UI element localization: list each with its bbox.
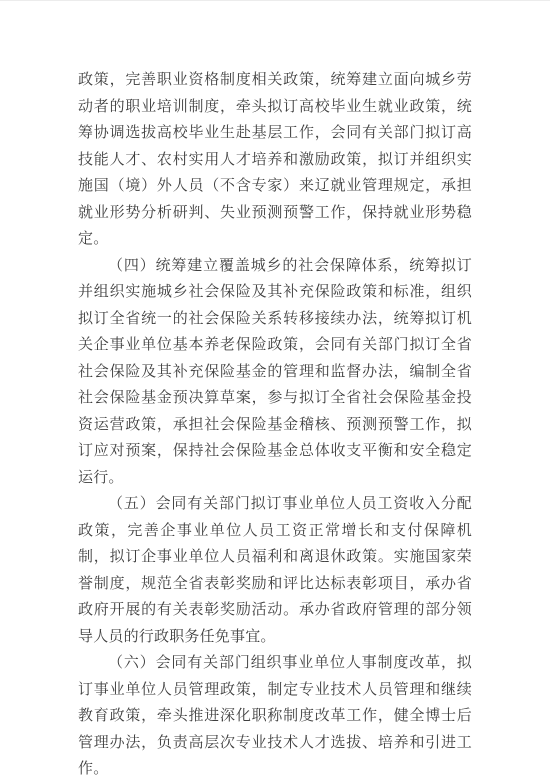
page-number: 7 (267, 714, 273, 726)
paragraph-item-4: （四）统筹建立覆盖城乡的社会保障体系，统筹拟订并组织实施城乡社会保险及其补充保险… (78, 253, 472, 492)
page-footer: 7 (0, 712, 540, 728)
paragraph-item-5: （五）会同有关部门拟订事业单位人员工资收入分配政策，完善企事业单位人员工资正常增… (78, 491, 472, 650)
document-page: 政策，完善职业资格制度相关政策，统筹建立面向城乡劳动者的职业培训制度，牵头拟订高… (0, 0, 550, 778)
body-text: 政策，完善职业资格制度相关政策，统筹建立面向城乡劳动者的职业培训制度，牵头拟订高… (78, 67, 472, 778)
paragraph-continuation: 政策，完善职业资格制度相关政策，统筹建立面向城乡劳动者的职业培训制度，牵头拟订高… (78, 67, 472, 253)
